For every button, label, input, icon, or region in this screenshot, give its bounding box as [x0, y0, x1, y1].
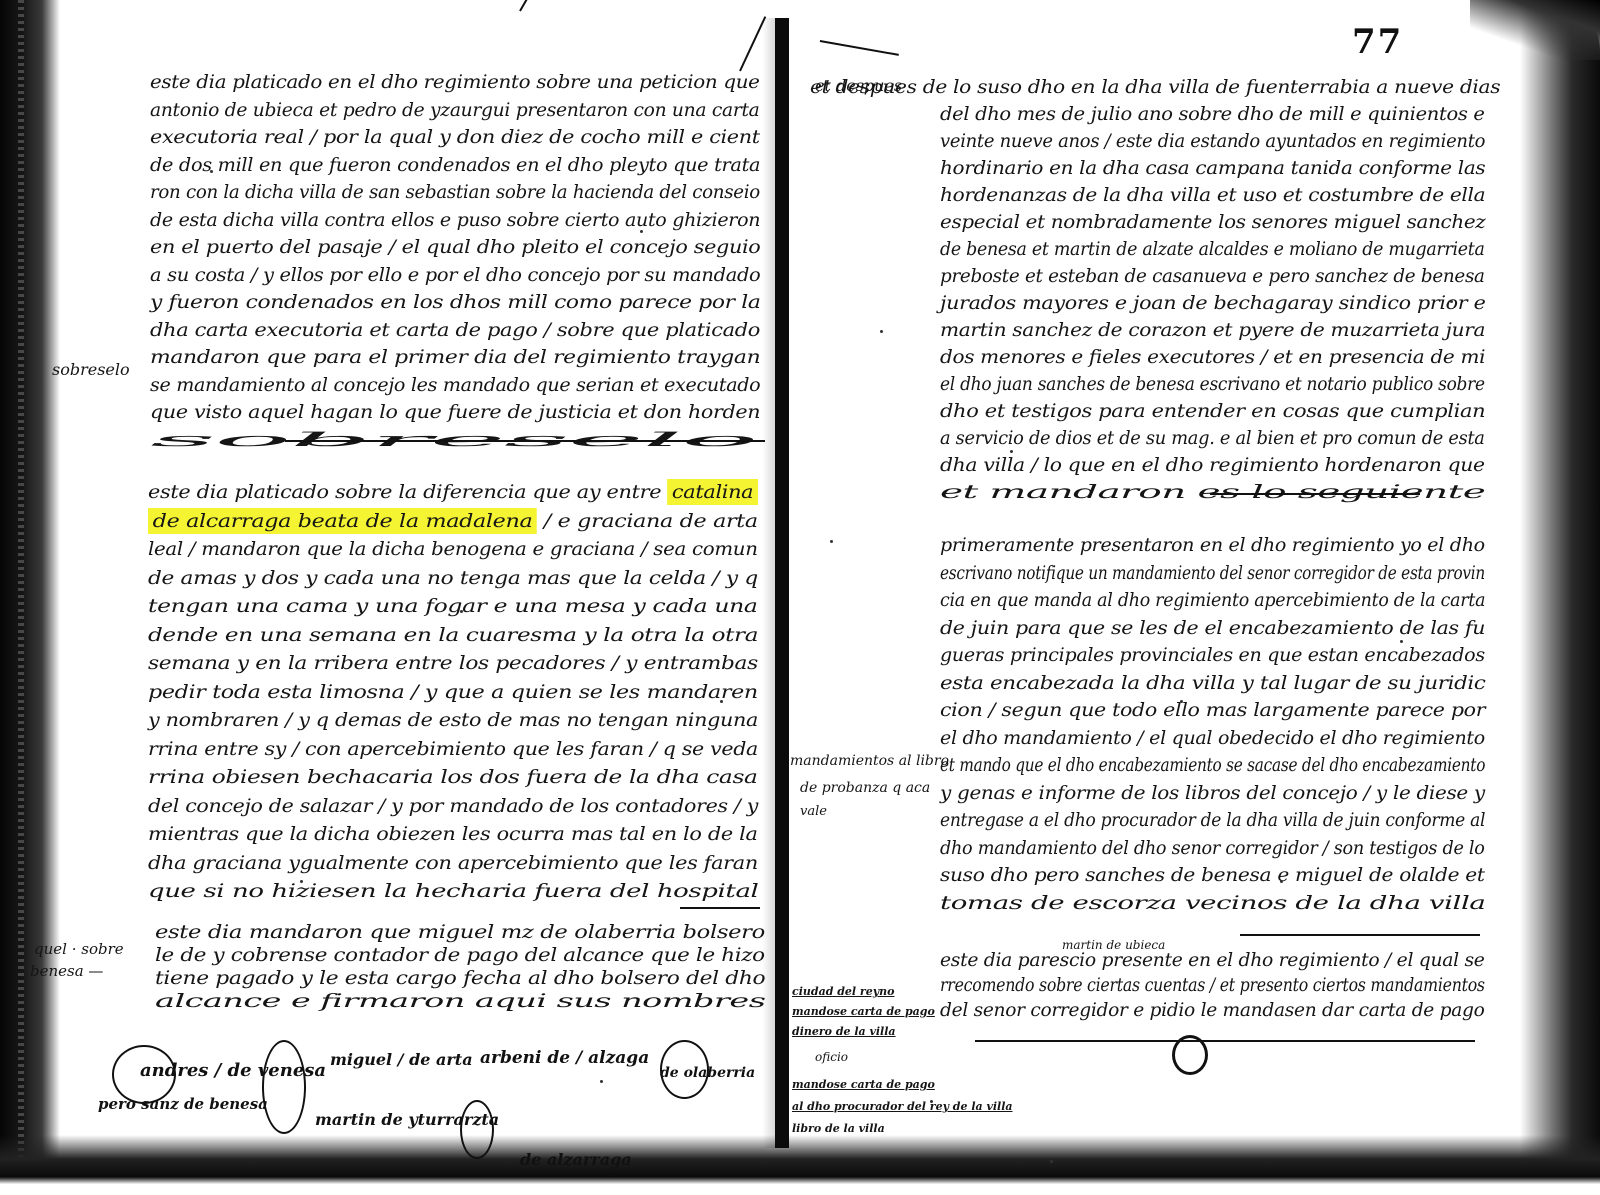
left-text-line: y fueron condenados en los dhos mill com…	[150, 290, 761, 314]
margin-note-line: oficio	[815, 1050, 848, 1064]
right-text-line: de benesa et martin de alzate alcaldes e…	[940, 237, 1485, 261]
left-text-line: del concejo de salazar / y por mandado d…	[148, 794, 758, 818]
left-text-line: pedir toda esta limosna / y que a quien …	[148, 680, 758, 704]
right-text-line: y genas e informe de los libros del conc…	[940, 781, 1485, 805]
left-text-line: antonio de ubieca et pedro de yzaurgui p…	[150, 98, 760, 122]
left-text-line: mientras que la dicha obiezen les ocurra…	[148, 822, 758, 846]
signature-flourish	[660, 1040, 709, 1099]
margin-note-quel: quel · sobre	[34, 940, 124, 958]
book-gutter	[775, 18, 789, 1148]
left-text-line: tiene pagado y le esta cargo fecha al dh…	[155, 966, 765, 990]
manuscript-spread: 77 este dia platicado en el dho regimien…	[0, 0, 1600, 1195]
right-text-line: preboste et esteban de casanueva e pero …	[940, 264, 1485, 288]
signature-flourish	[262, 1040, 306, 1134]
scan-speck	[210, 170, 213, 173]
right-text-line: el dho mandamiento / el qual obedecido e…	[940, 726, 1485, 750]
right-text-line: de juin para que se les de el encabezami…	[940, 616, 1485, 640]
signature: miguel / de arta	[330, 1050, 473, 1069]
left-text-line: semana y en la rribera entre los pecador…	[148, 651, 758, 675]
margin-note-line: dinero de la villa	[792, 1025, 896, 1038]
left-text-line: en el puerto del pasaje / el qual dho pl…	[150, 235, 760, 259]
right-text-line: dha villa / lo que en el dho regimiento …	[940, 453, 1485, 477]
left-text-line: rrina obiesen bechacaria los dos fuera d…	[148, 765, 758, 789]
left-text-line: que si no hiziesen la hecharia fuera del…	[148, 879, 758, 903]
scan-speck	[720, 700, 723, 703]
right-text-line: dho mandamiento del dho senor corregidor…	[940, 836, 1485, 860]
right-text-line: dos menores e fieles executores / et en …	[940, 345, 1485, 369]
margin-note-line: mandose carta de pago	[792, 1078, 935, 1091]
interlinear-note: martin de ubieca	[1062, 938, 1165, 952]
book-edge-right	[1520, 0, 1600, 1195]
right-text-line: cion / segun que todo ello mas largament…	[940, 698, 1485, 722]
left-text-line: ron con la dicha villa de san sebastian …	[150, 180, 760, 204]
scan-speck	[300, 880, 303, 883]
margin-note-benesa: benesa —	[30, 962, 103, 980]
right-text-line: tomas de escorza vecinos de la dha villa	[940, 891, 1485, 915]
margin-note-line: libro de la villa	[792, 1122, 885, 1135]
right-text-line: et mandaron es lo seguiente	[940, 480, 1485, 504]
scan-speck	[460, 610, 463, 613]
left-page: este dia platicado en el dho regimiento …	[60, 0, 775, 1195]
right-text-line: hordenanzas de la dha villa et uso et co…	[940, 183, 1485, 207]
margin-note-line: mandose carta de pago	[792, 1005, 935, 1018]
left-text-line: este dia platicado sobre la diferencia q…	[148, 480, 758, 504]
scan-speck	[830, 540, 833, 543]
scan-speck	[930, 1100, 933, 1103]
right-text-line: entregase a el dho procurador de la dha …	[940, 808, 1485, 832]
left-text-line: de amas y dos y cada una no tenga mas qu…	[148, 566, 758, 590]
section-rule	[975, 1040, 1475, 1042]
scan-speck	[880, 330, 883, 333]
right-text-line: jurados mayores e joan de bechagaray sin…	[940, 291, 1486, 315]
left-text-line: este dia mandaron que miguel mz de olabe…	[155, 920, 765, 944]
left-text-line: este dia platicado en el dho regimiento …	[150, 70, 760, 94]
margin-note-mandamientos: mandamientos al libro	[790, 753, 949, 769]
signature-flourish	[112, 1045, 176, 1104]
left-text-line: rrina entre sy / con apercebimiento que …	[148, 737, 758, 761]
scan-speck	[640, 230, 643, 233]
left-text-line: mandaron que para el primer dia del regi…	[150, 345, 760, 369]
margin-note-line: ciudad del reyno	[792, 985, 894, 998]
left-text-line: executoria real / por la qual y don diez…	[150, 125, 760, 149]
left-text-line: de esta dicha villa contra ellos e puso …	[150, 208, 760, 232]
right-text-line: primeramente presentaron en el dho regim…	[940, 533, 1485, 557]
signature: arbeni de / alzaga	[480, 1048, 649, 1068]
signature: de alzarraga	[520, 1150, 632, 1169]
scan-speck	[1050, 1160, 1053, 1163]
right-text-line: suso dho pero sanches de benesa e miguel…	[940, 863, 1485, 887]
left-text-line: que visto aquel hagan lo que fuere de ju…	[150, 400, 760, 424]
scan-speck	[600, 1080, 603, 1083]
right-text-line: veinte nueve anos / este dia estando ayu…	[940, 129, 1485, 153]
section-rule	[1240, 934, 1480, 936]
right-text-line: del senor corregidor e pidio le mandasen…	[940, 998, 1485, 1022]
margin-note-et-despues: et despues	[815, 76, 902, 95]
scan-speck	[1180, 700, 1183, 703]
right-text-line: especial et nombradamente los senores mi…	[940, 210, 1485, 234]
right-text-line: martin sanchez de corazon et pyere de mu…	[940, 318, 1485, 342]
right-text-line: del dho mes de julio ano sobre dho de mi…	[940, 102, 1485, 126]
margin-note-vale: vale	[800, 804, 827, 819]
left-text-line: dha carta executoria et carta de pago / …	[150, 318, 760, 342]
right-text-line: este dia parescio presente en el dho reg…	[940, 948, 1485, 972]
margin-note-probanza: de probanza q aca	[800, 780, 930, 796]
scan-speck	[1280, 880, 1283, 883]
left-text-line: dha graciana ygualmente con apercebimien…	[148, 851, 758, 875]
scan-speck	[1400, 640, 1403, 643]
right-text-line: et despues de lo suso dho en la dha vill…	[810, 75, 1500, 99]
scan-speck	[1450, 300, 1453, 303]
left-text-line: leal / mandaron que la dicha benogena e …	[148, 537, 758, 561]
left-text-line: de alcarraga beata de la madalena / e gr…	[148, 509, 758, 533]
signature-flourish	[460, 1100, 494, 1159]
section-rule	[680, 907, 760, 909]
right-text-line: cia en que manda al dho regimiento aperc…	[940, 588, 1485, 612]
right-text-line: et mando que el dho encabezamiento se sa…	[940, 753, 1485, 777]
left-text-line: a su costa / y ellos por ello e por el d…	[150, 263, 760, 287]
left-text-line: alcance e firmaron aqui sus nombres	[155, 989, 765, 1013]
book-edge-left	[0, 0, 60, 1195]
left-text-line: dende en una semana en la cuaresma y la …	[148, 623, 758, 647]
highlighted-name: de alcarraga beata de la madalena	[148, 508, 537, 534]
left-text-line: de dos mill en que fueron condenados en …	[150, 153, 760, 177]
right-text-line: rrecomendo sobre ciertas cuentas / et pr…	[940, 973, 1485, 997]
section-rule	[1210, 493, 1420, 495]
scan-speck	[1010, 450, 1013, 453]
left-text-line: le de y cobrense contador de pago del al…	[155, 943, 765, 967]
right-text-line: esta encabezada la dha villa y tal lugar…	[940, 671, 1486, 695]
highlighted-name: catalina	[668, 479, 758, 505]
left-text-line: y nombraren / y q demas de esto de mas n…	[148, 708, 758, 732]
right-text-line: dho et testigos para entender en cosas q…	[940, 399, 1485, 423]
left-text-line: tengan una cama y una fogar e una mesa y…	[148, 594, 758, 618]
margin-note-line: al dho procurador del rey de la villa	[792, 1100, 1013, 1113]
right-text-line: a servicio de dios et de su mag. e al bi…	[940, 426, 1485, 450]
margin-note-sobreselo: sobreselo	[52, 360, 130, 379]
left-text-line: se mandamiento al concejo les mandado qu…	[150, 373, 760, 397]
section-rule	[285, 440, 765, 442]
right-text-line: gueras principales provinciales en que e…	[940, 643, 1485, 667]
right-text-line: hordinario en la dha casa campana tanida…	[940, 156, 1485, 180]
right-text-line: escrivano notifique un mandamiento del s…	[940, 561, 1485, 585]
right-text-line: el dho juan sanches de benesa escrivano …	[940, 372, 1485, 396]
